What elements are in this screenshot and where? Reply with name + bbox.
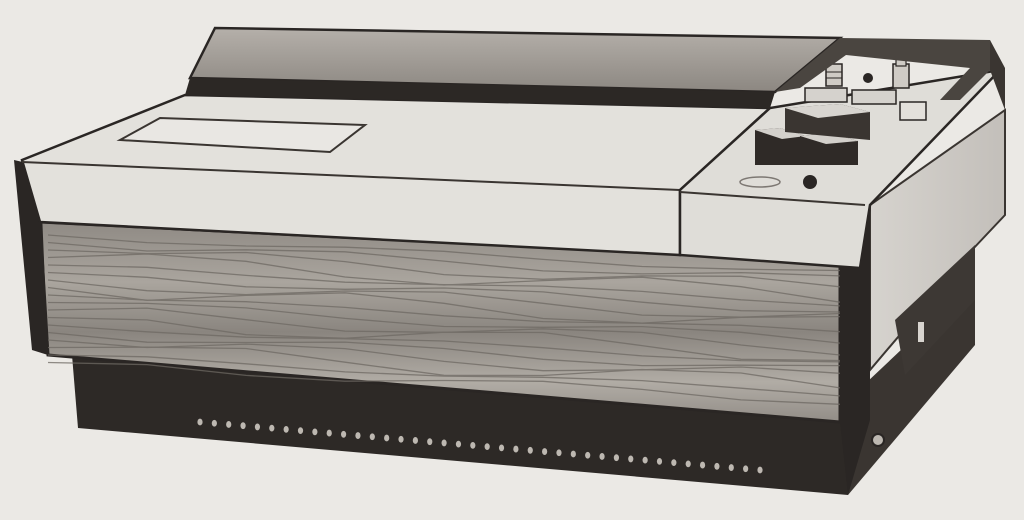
knob-right[interactable]: [893, 58, 909, 88]
screw: [872, 434, 884, 446]
vcr-drawing: [0, 0, 1024, 520]
indicator-knob[interactable]: [803, 175, 817, 189]
key[interactable]: [852, 90, 896, 104]
key[interactable]: [900, 102, 926, 120]
side-slot: [918, 322, 924, 342]
key[interactable]: [805, 88, 847, 102]
vcr-illustration: [0, 0, 1024, 520]
